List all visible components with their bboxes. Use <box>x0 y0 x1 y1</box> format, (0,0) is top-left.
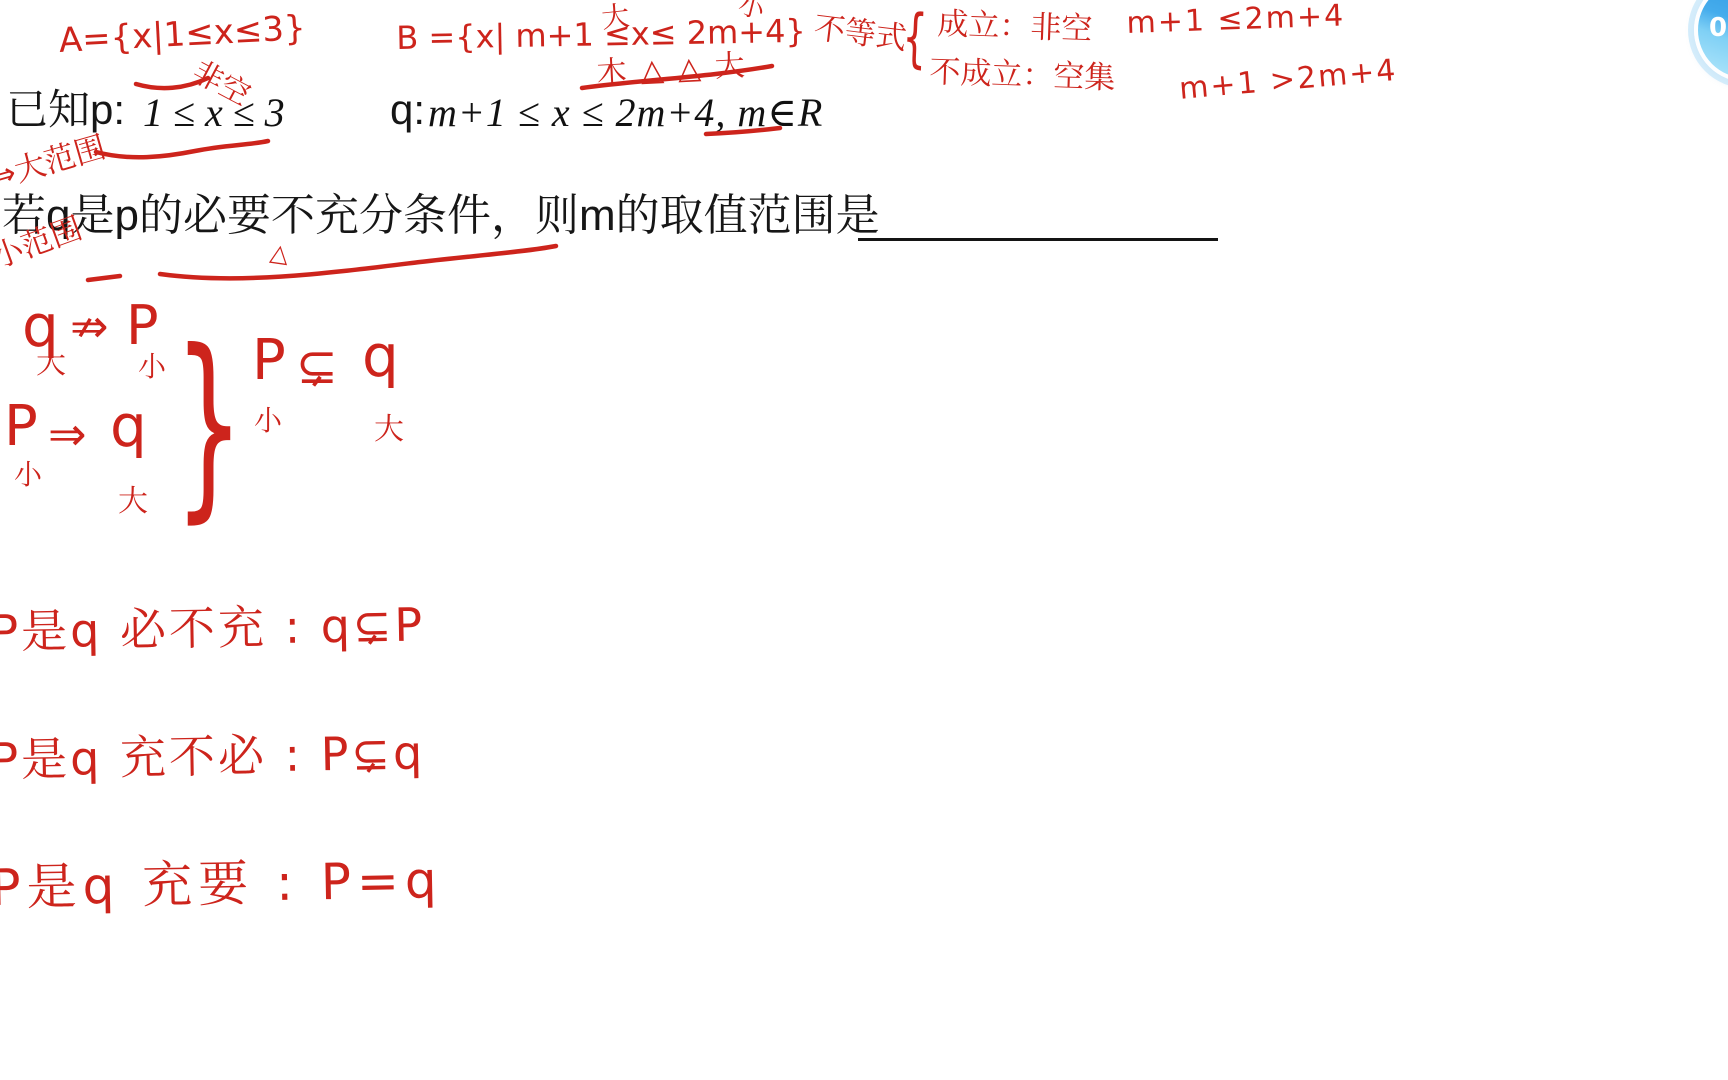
diagram-q-big-label: 大 <box>36 348 66 380</box>
diagram-q-superset-label: 大 <box>374 414 404 446</box>
q-condition-math: m+1 ≤ x ≤ 2m+4, m∈R <box>428 92 823 134</box>
ink-strokes-overlay <box>0 0 1728 1080</box>
rule-iff: P是q 充要 : P=q <box>0 854 443 914</box>
diagram-q-row2-label: 大 <box>118 486 148 518</box>
rule-sufficient-not-necessary: P是q 充不必 : P⊊q <box>0 728 426 784</box>
handwriting-case-holds: 成立：非空 <box>937 8 1093 46</box>
handwriting-label-big-left: 大 <box>600 1 631 33</box>
handwriting-case-holds-math: m+1 ≤2m+4 <box>1126 0 1346 39</box>
diagram-p-subset: P <box>252 332 286 391</box>
handwriting-case-fails-math: m+1 >2m+4 <box>1178 55 1399 105</box>
underline-p-condition <box>96 141 268 157</box>
dash-small-range <box>88 276 120 280</box>
handwriting-to-big-range: ⇒大范围 <box>0 131 109 195</box>
handwriting-scratch-crossed: 木△△大 <box>596 50 760 90</box>
handwriting-inequality-label: 不等式 <box>812 12 908 56</box>
diagram-p-row2: P <box>4 398 38 457</box>
diagram-proper-subset: ⊊ <box>296 340 338 393</box>
diagram-brace-right: } <box>174 330 244 520</box>
diagram-q-superset: q <box>362 326 399 387</box>
page-number: 04 <box>1709 13 1728 43</box>
answer-blank[interactable] <box>858 196 1218 241</box>
whiteboard-canvas[interactable]: 已知p: 1 ≤ x ≤ 3 q: m+1 ≤ x ≤ 2m+4, m∈R 若q… <box>0 0 1728 1080</box>
underline-question <box>160 246 556 278</box>
handwriting-set-a: A={x|1≤x≤3} <box>58 11 306 60</box>
diagram-p-small-label: 小 <box>138 352 166 381</box>
page-number-badge[interactable]: 04 <box>1694 0 1728 82</box>
problem-q-label: q: <box>390 88 425 132</box>
diagram-implies: ⇒ <box>48 410 87 458</box>
diagram-p-small: P <box>126 298 159 355</box>
question-text: 若q是p的必要不充分条件，则m的取值范围是 <box>2 193 880 239</box>
diagram-p-row2-label: 小 <box>14 460 42 489</box>
handwriting-case-fails: 不成立：空集 <box>929 56 1116 95</box>
diagram-not-implies: ⇏ <box>70 302 109 350</box>
rule-necessary-not-sufficient: P是q 必不充 : q⊊P <box>0 600 426 656</box>
handwriting-brace-left: { <box>901 4 928 74</box>
diagram-p-subset-label: 小 <box>254 406 282 435</box>
diagram-q-row2: q <box>110 396 147 457</box>
problem-given-label: 已知p: <box>6 88 125 132</box>
handwriting-underline-mark: △ <box>268 240 290 268</box>
